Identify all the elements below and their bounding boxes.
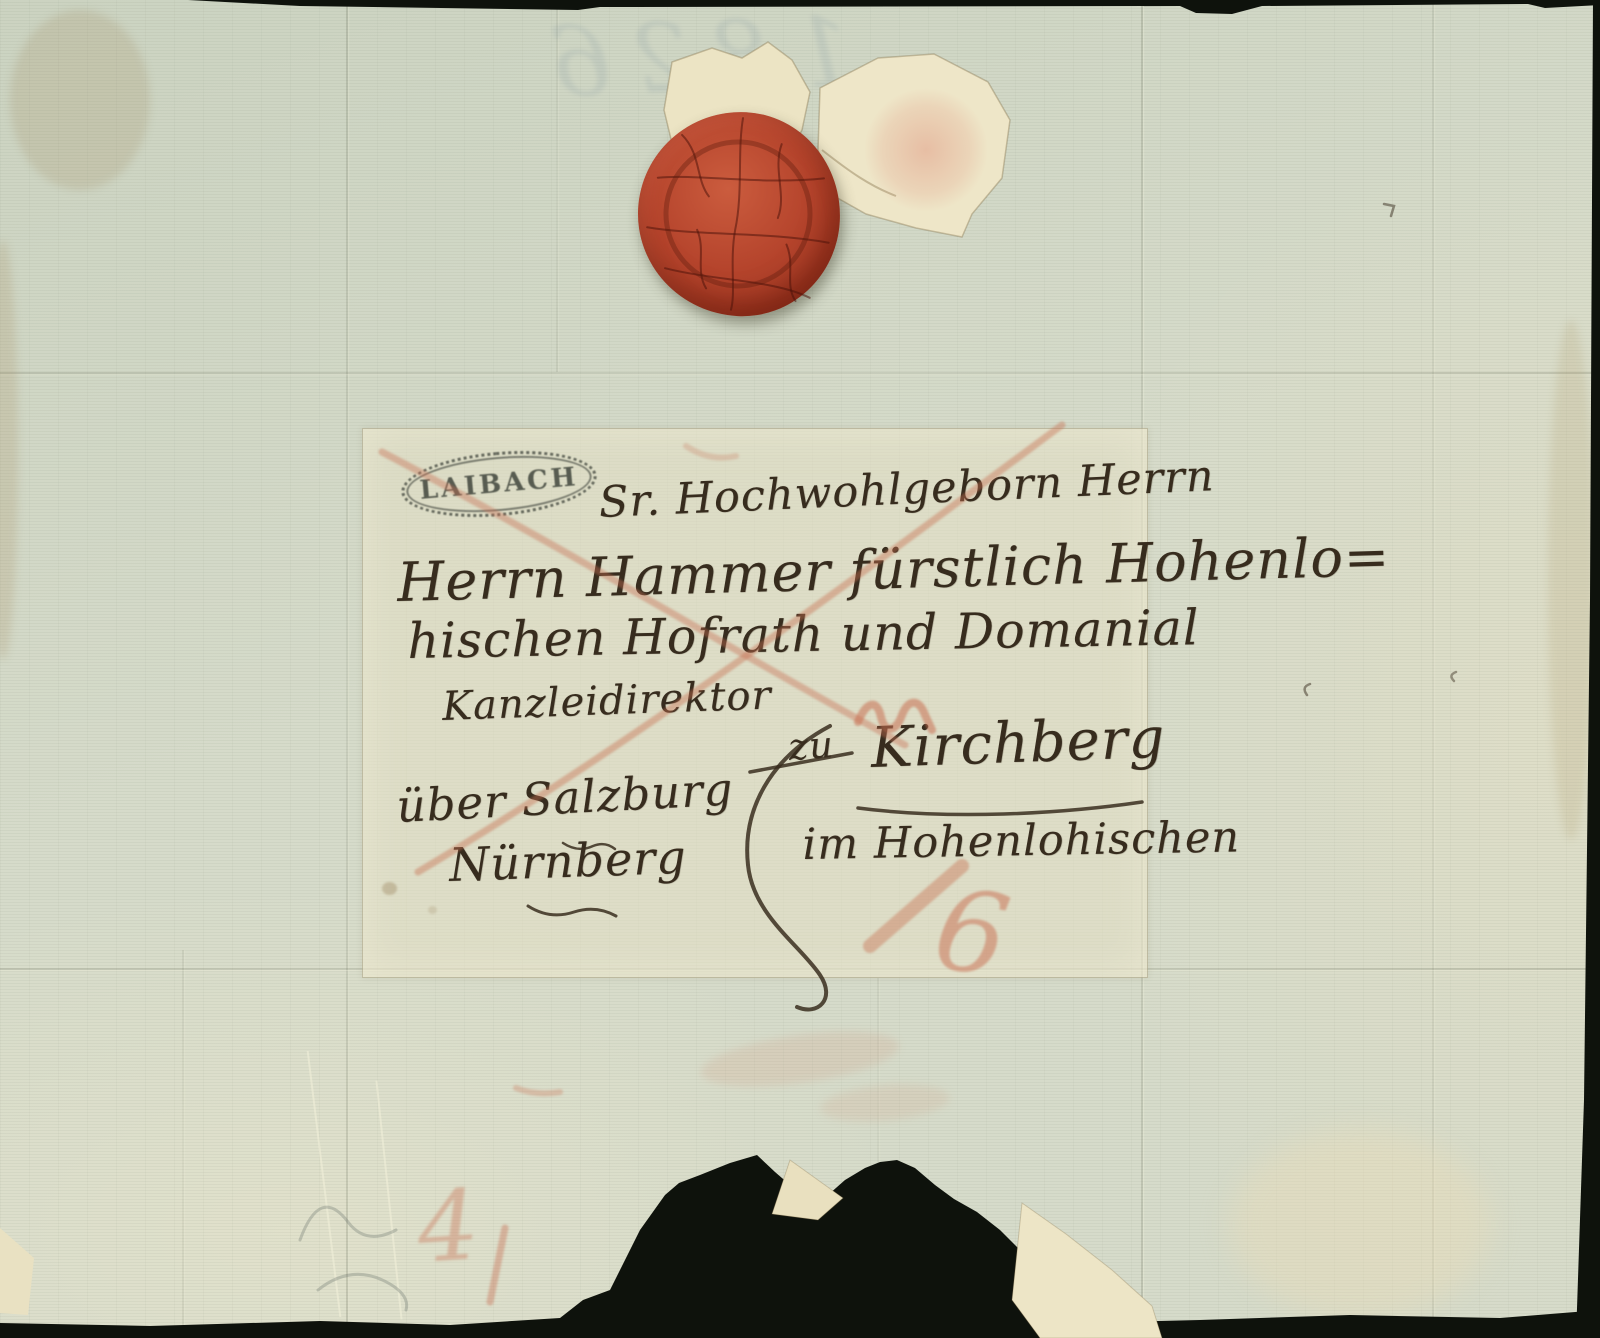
destination-region: im Hohenlohischen — [802, 812, 1240, 870]
seal-impression-rim — [662, 138, 813, 289]
fold-crease-vertical-bottom-center — [877, 978, 879, 1218]
postmark-text: LAIBACH — [418, 462, 579, 506]
right-edge-stain — [1548, 320, 1594, 840]
fold-crease-vertical-far-right — [1432, 0, 1434, 1330]
postmark-inner-oval: LAIBACH — [404, 449, 594, 519]
wax-seal — [633, 107, 845, 321]
seal-crack-6 — [776, 144, 784, 218]
fold-crease-horizontal-upper — [0, 372, 1600, 374]
seal-crack-8 — [784, 245, 799, 302]
routing-via-2: Nürnberg — [448, 830, 687, 892]
tear-paper-wedge-right — [1012, 1203, 1162, 1338]
tear-paper-chip-left-edge — [0, 1228, 34, 1315]
pencil-scribble-2 — [318, 1274, 407, 1310]
ink-speck-top-right — [1384, 204, 1394, 216]
fold-highlight-diagonal-2 — [375, 1081, 402, 1320]
ink-speck-c1 — [1305, 684, 1310, 695]
fold-highlight-diagonal-1 — [307, 1051, 342, 1317]
fold-crease-vertical-left — [346, 0, 348, 1330]
ink-speck-c2 — [1451, 672, 1456, 681]
red-smudge-1 — [698, 1021, 903, 1096]
tear-paper-wedge-left — [772, 1160, 843, 1220]
ghost-numerals: 1826 — [528, 0, 856, 120]
seal-crack-4 — [664, 268, 811, 298]
letter-scan: 1826 LAIBACH Sr. Hochwohlgeborn Herrn He… — [0, 0, 1600, 1338]
seal-crack-5 — [679, 135, 712, 196]
seal-crack-3 — [647, 227, 829, 243]
red-weight-numeral: 4 — [413, 1169, 483, 1285]
red-weight-slash — [490, 1228, 505, 1302]
pencil-scribble-1 — [300, 1207, 396, 1240]
top-edge-background — [188, 0, 1600, 14]
bottom-tear-shape — [0, 1155, 1600, 1338]
wax-seal-cracks — [633, 107, 845, 321]
red-faint-mark-bottom — [516, 1088, 560, 1093]
left-edge-stain — [0, 240, 18, 660]
seal-show-through — [864, 88, 988, 212]
right-edge-background — [1576, 0, 1600, 1338]
seal-crack-1 — [730, 118, 744, 310]
corner-stain — [10, 10, 150, 190]
bottom-right-warm-area — [1230, 1130, 1490, 1320]
destination-town: Kirchberg — [870, 706, 1167, 781]
seal-crack-7 — [694, 230, 709, 289]
red-smudge-2 — [819, 1079, 952, 1126]
fold-crease-vertical-bottom-left — [182, 950, 184, 1330]
seal-crack-2 — [658, 170, 824, 187]
destination-prefix: zu — [787, 723, 835, 769]
